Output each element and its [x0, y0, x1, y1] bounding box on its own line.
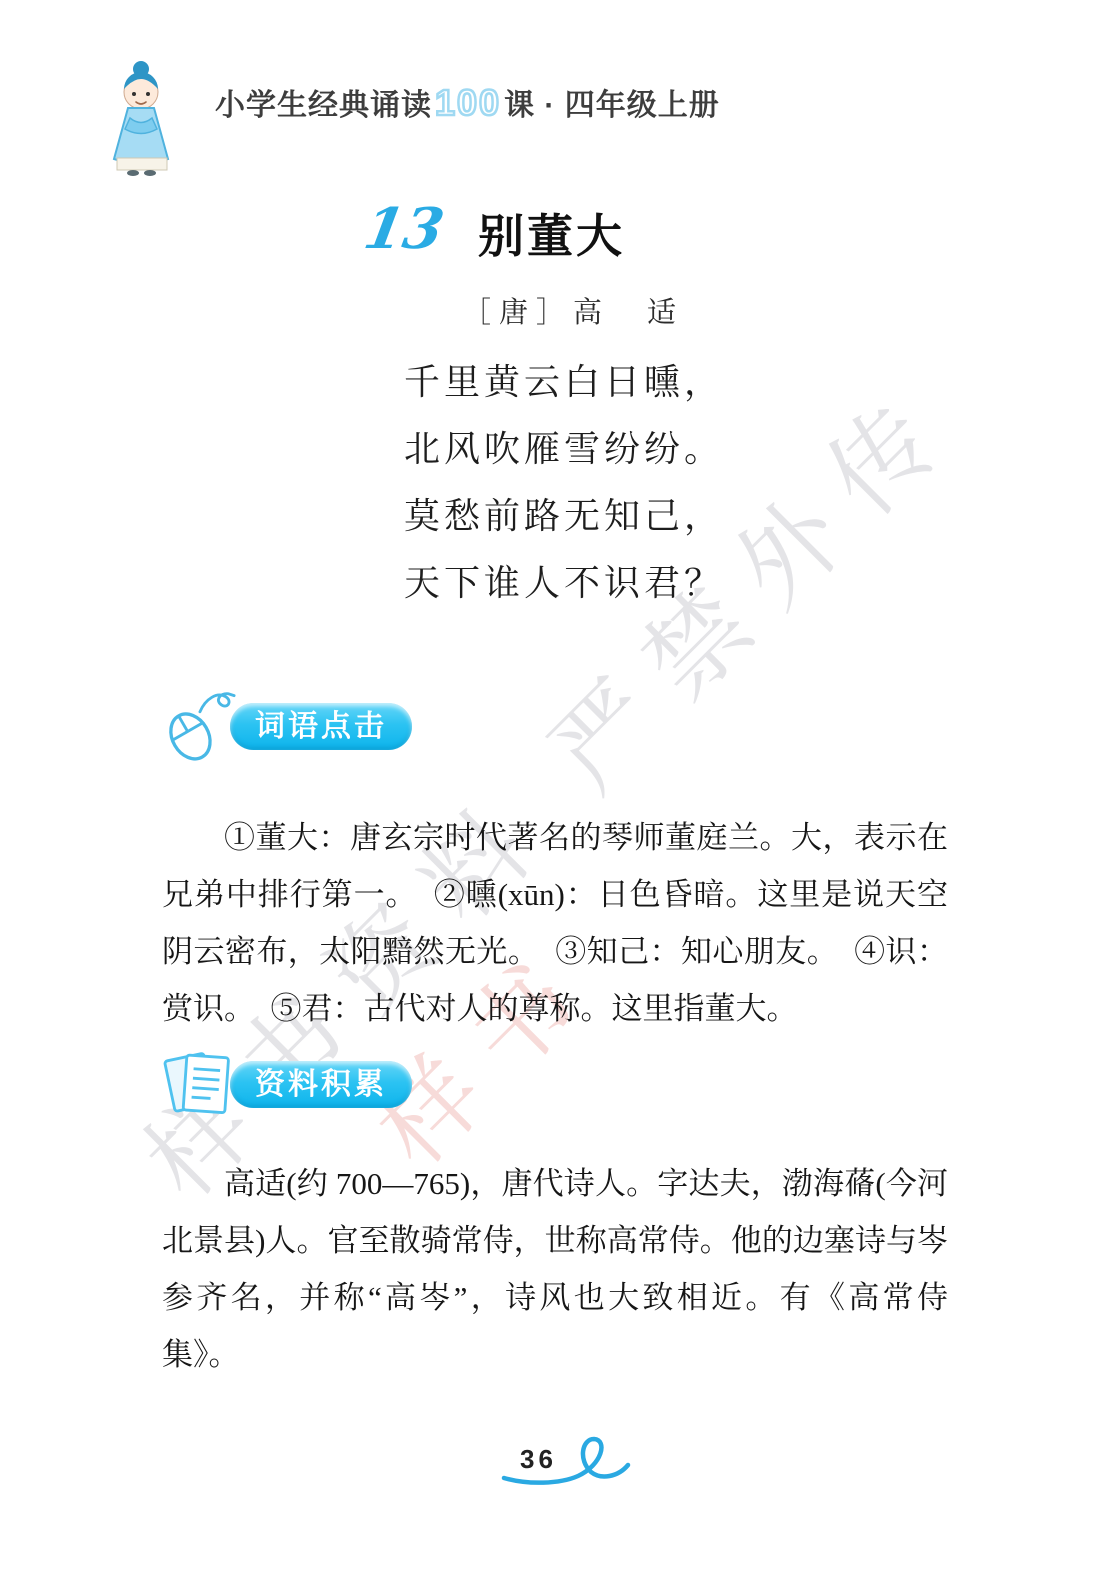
- section-badge-words: 词语点击: [230, 703, 412, 750]
- words-explanation-paragraph: ①董大：唐玄宗时代著名的琴师董庭兰。大，表示在兄弟中排行第一。 ②曛(xūn)：…: [162, 809, 948, 1037]
- poem-line: 北风吹雁雪纷纷。: [404, 416, 724, 483]
- section-header-materials: 资料积累: [162, 1044, 412, 1124]
- lesson-number: 13: [359, 196, 449, 262]
- series-title-suffix: 课 · 四年级上册: [504, 89, 720, 122]
- page-number: 36: [520, 1444, 557, 1475]
- section-badge-materials: 资料积累: [230, 1061, 412, 1108]
- section-header-words: 词语点击: [162, 686, 412, 766]
- page-footer: 36: [498, 1432, 668, 1502]
- poem-line: 天下谁人不识君？: [404, 550, 724, 617]
- series-title-prefix: 小学生经典诵读: [215, 89, 432, 122]
- mouse-icon: [162, 686, 236, 766]
- scholar-boy-mascot-icon: [103, 58, 195, 178]
- lesson-title: 别董大: [478, 200, 625, 266]
- author-line: ［唐］高 适: [462, 290, 684, 331]
- content-layer: 小学生经典诵读100课 · 四年级上册 13 别董大 ［唐］高 适 千里黄云白日…: [0, 0, 1110, 1571]
- series-number: 100: [432, 82, 504, 123]
- documents-icon: [162, 1044, 236, 1124]
- author-bio-paragraph: 高适(约 700—765)，唐代诗人。字达夫，渤海蓨(今河北景县)人。官至散骑常…: [162, 1155, 948, 1383]
- series-header: 小学生经典诵读100课 · 四年级上册: [215, 80, 720, 124]
- poem-block: 千里黄云白日曛， 北风吹雁雪纷纷。 莫愁前路无知己， 天下谁人不识君？: [404, 349, 724, 617]
- poem-line: 莫愁前路无知己，: [404, 483, 724, 550]
- poem-line: 千里黄云白日曛，: [404, 349, 724, 416]
- textbook-page: 样书资料 严禁外传 样书 小学生经典诵读100课 · 四年级上册 13 别董大 …: [0, 0, 1110, 1571]
